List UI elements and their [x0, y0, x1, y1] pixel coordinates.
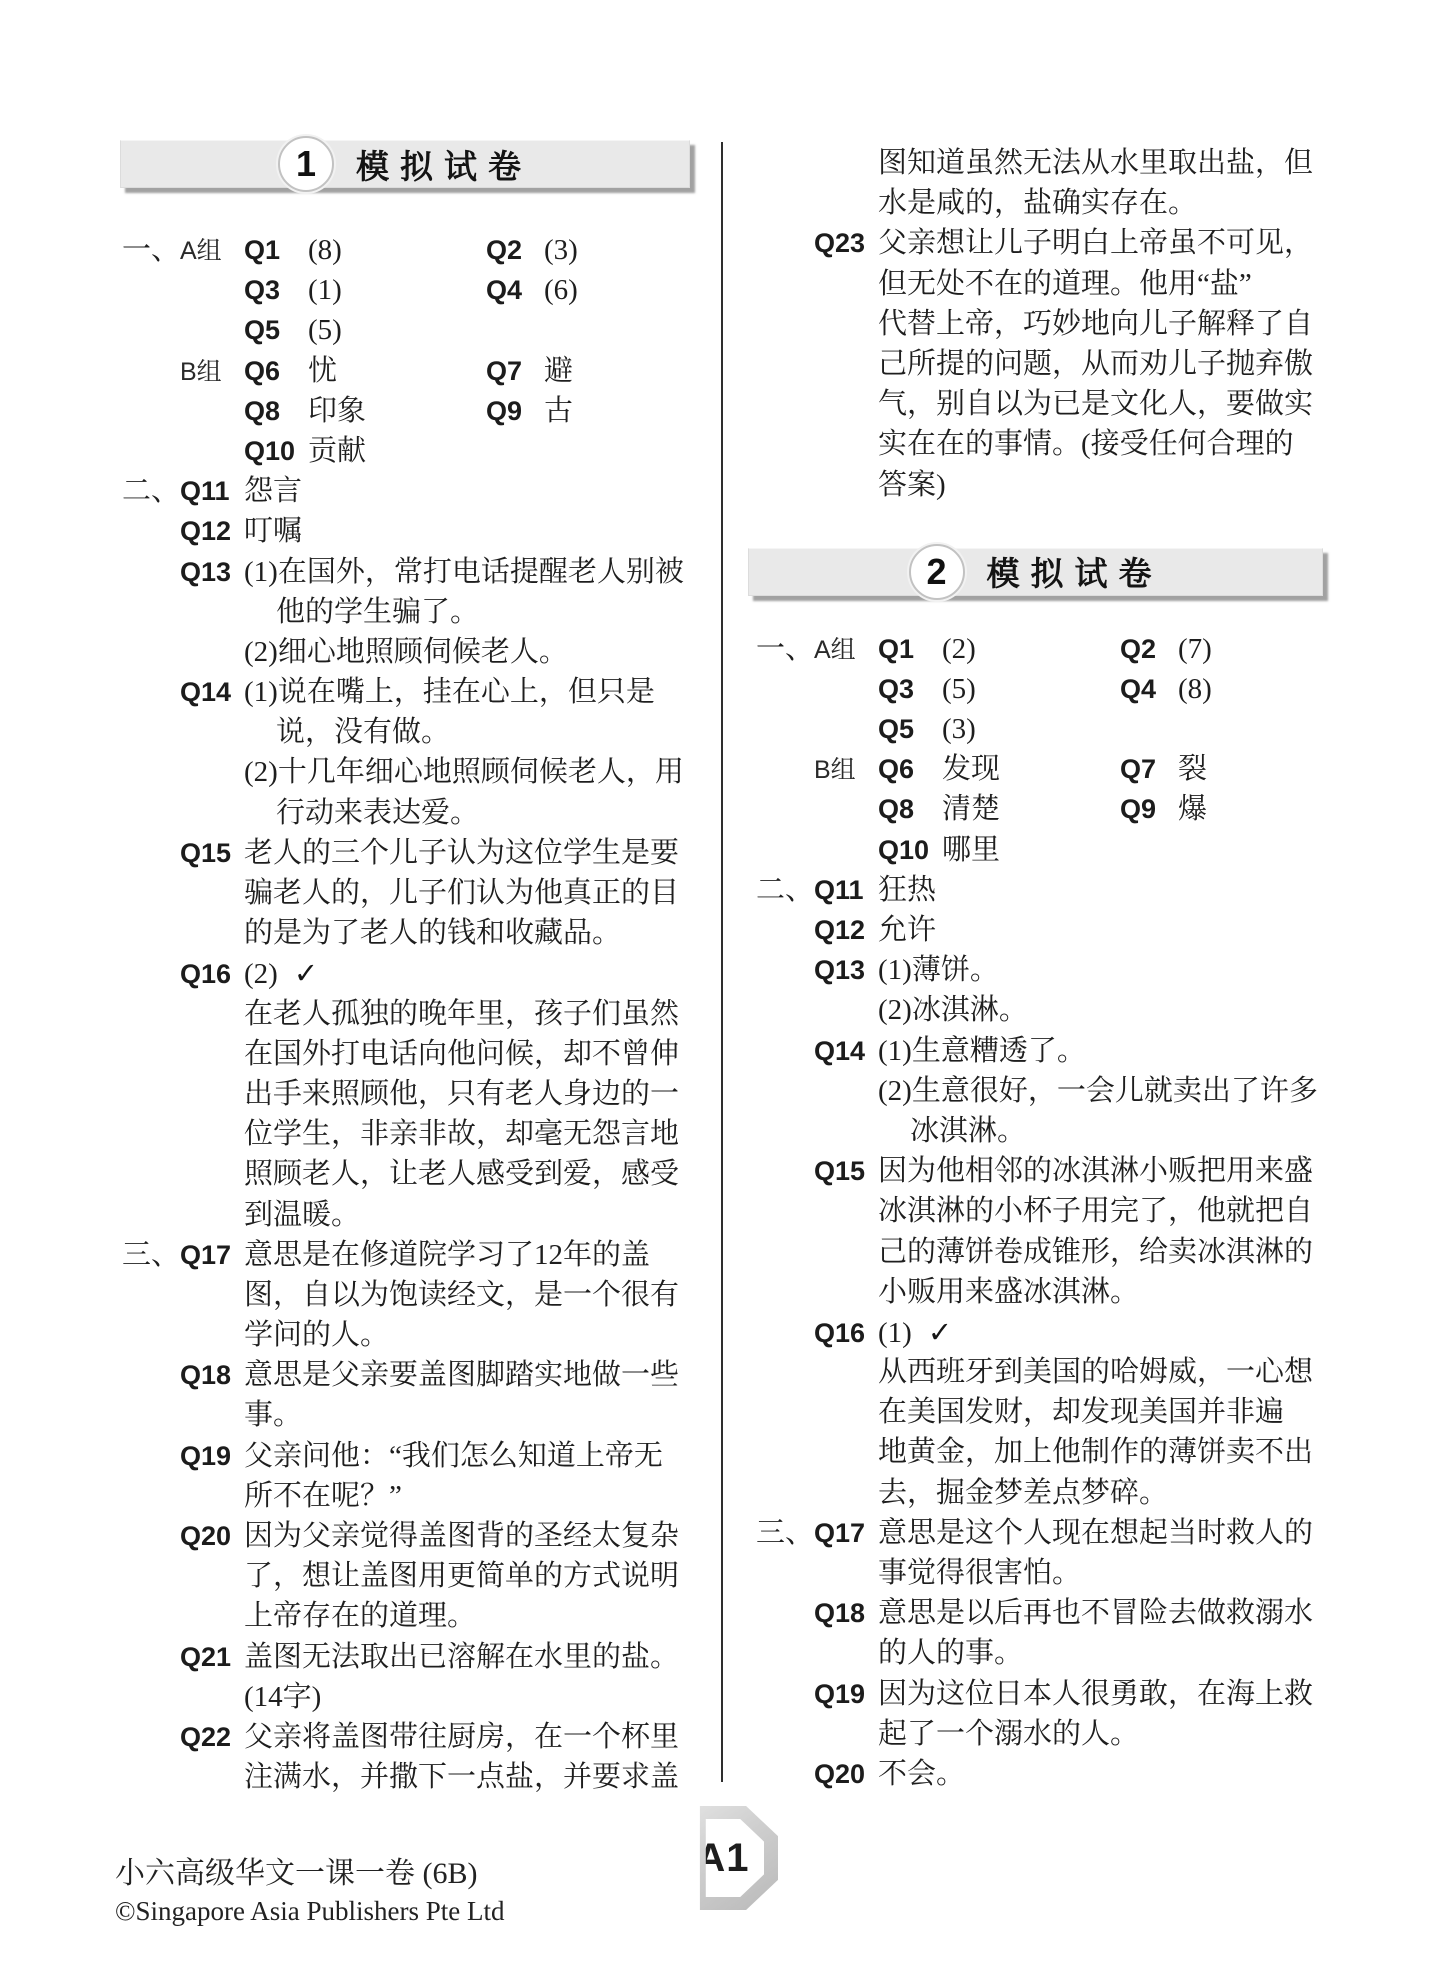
answer-text: 因为他相邻的冰淇淋小贩把用来盛 — [878, 1151, 1313, 1191]
question-number: Q7 — [486, 351, 544, 391]
answer-text: (2)✓ — [244, 953, 318, 994]
question-number: Q10 — [878, 830, 942, 870]
question-number: Q16 — [180, 954, 244, 994]
question-number: Q15 — [180, 833, 244, 873]
answer-text: 盖图无法取出已溶解在水里的盐。 — [244, 1637, 679, 1677]
section-marker: 三、 — [756, 1513, 814, 1553]
answer-text: 己的薄饼卷成锥形，给卖冰淇淋的 — [878, 1232, 1313, 1272]
answer-line: Q13(1)薄饼。 — [756, 950, 1324, 990]
answer-line: 二、Q11狂热 — [756, 870, 1324, 910]
answer-text: 小贩用来盛冰淇淋。 — [878, 1272, 1139, 1312]
answer-text: (5) — [942, 669, 1120, 709]
section-marker: 一、 — [756, 629, 814, 669]
answer-text: 父亲想让儿子明白上帝虽不可见， — [878, 223, 1313, 263]
answer-text: 因为父亲觉得盖图背的圣经太复杂 — [244, 1516, 679, 1556]
answer-line: 位学生，非亲非故，却毫无怨言地 — [122, 1114, 690, 1154]
answer-text: 行动来表达爱。 — [276, 793, 479, 833]
question-number: Q21 — [180, 1637, 244, 1677]
answer-text: (1)在国外，常打电话提醒老人别被 — [244, 552, 684, 592]
booklet-title: 小六高级华文一课一卷 (6B) — [115, 1848, 505, 1892]
answer-line: Q20不会。 — [756, 1754, 1324, 1794]
answer-line: 所不在呢？” — [122, 1476, 690, 1516]
question-number: Q11 — [180, 471, 244, 511]
answer-line: 学问的人。 — [122, 1315, 690, 1355]
answer-line: (2)十几年细心地照顾伺候老人，用 — [122, 752, 690, 792]
question-number: Q19 — [180, 1436, 244, 1476]
answer-text: (2)十几年细心地照顾伺候老人，用 — [244, 752, 684, 792]
answer-text: 说，没有做。 — [276, 712, 450, 752]
answer-text: 从西班牙到美国的哈姆威，一心想 — [878, 1352, 1313, 1392]
answer-text: (3) — [942, 709, 976, 749]
answer-line: Q5(5) — [122, 310, 690, 350]
answer-line: 说，没有做。 — [122, 712, 690, 752]
answer-text: (2)冰淇淋。 — [878, 990, 1028, 1030]
answer-text: 意思是这个人现在想起当时救人的 — [878, 1513, 1313, 1553]
question-number: Q8 — [878, 789, 942, 829]
answer-text: 骗老人的，儿子们认为他真正的目 — [244, 873, 679, 913]
answer-text: 清楚 — [942, 789, 1120, 829]
question-number: Q17 — [814, 1513, 878, 1553]
section-number-badge: 2 — [909, 544, 965, 600]
question-number: Q4 — [486, 270, 544, 310]
section-marker: 二、 — [756, 870, 814, 910]
question-number: Q1 — [244, 230, 308, 270]
question-number: Q14 — [814, 1031, 878, 1071]
answer-line: 三、Q17意思是这个人现在想起当时救人的 — [756, 1513, 1324, 1553]
answer-line: Q20因为父亲觉得盖图背的圣经太复杂 — [122, 1516, 690, 1556]
answer-line: 图知道虽然无法从水里取出盐，但 — [756, 143, 1324, 183]
section-marker: 二、 — [122, 471, 180, 511]
answer-text: 己所提的问题，从而劝儿子抛弃傲 — [878, 344, 1313, 384]
answer-line: Q10哪里 — [756, 830, 1324, 870]
answer-line: Q15因为他相邻的冰淇淋小贩把用来盛 — [756, 1151, 1324, 1191]
answer-line: 冰淇淋的小杯子用完了，他就把自 — [756, 1191, 1324, 1231]
answer-text: 起了一个溺水的人。 — [878, 1714, 1139, 1754]
question-number: Q15 — [814, 1151, 878, 1191]
answer-line: 答案) — [756, 465, 1324, 505]
question-number: Q12 — [180, 511, 244, 551]
answer-line: 冰淇淋。 — [756, 1111, 1324, 1151]
group-label: A组 — [180, 231, 244, 271]
answer-text: (8) — [1178, 669, 1212, 709]
answer-text: 意思是在修道院学习了12年的盖 — [244, 1235, 650, 1275]
answer-text: 的人的事。 — [878, 1633, 1023, 1673]
answer-text: (1)薄饼。 — [878, 950, 999, 990]
answer-text: 冰淇淋的小杯子用完了，他就把自 — [878, 1191, 1313, 1231]
answer-text: 图知道虽然无法从水里取出盐，但 — [878, 143, 1313, 183]
question-number: Q20 — [180, 1516, 244, 1556]
answer-text: 在美国发财，却发现美国并非遍 — [878, 1392, 1284, 1432]
answer-text: 意思是父亲要盖图脚踏实地做一些 — [244, 1355, 679, 1395]
question-number: Q12 — [814, 910, 878, 950]
answer-lines-test2: 一、A组Q1(2)Q2(7)Q3(5)Q4(8)Q5(3)B组Q6发现Q7裂Q8… — [756, 629, 1324, 1794]
answer-text: (1)✓ — [878, 1312, 952, 1353]
answer-text: (6) — [544, 270, 578, 310]
answer-line: 图，自以为饱读经文，是一个很有 — [122, 1275, 690, 1315]
answer-line: 去，掘金梦差点梦碎。 — [756, 1473, 1324, 1513]
answer-line: Q10贡献 — [122, 431, 690, 471]
answer-line: 骗老人的，儿子们认为他真正的目 — [122, 873, 690, 913]
answer-text: 狂热 — [878, 870, 936, 910]
answer-line: 己的薄饼卷成锥形，给卖冰淇淋的 — [756, 1232, 1324, 1272]
answer-line: (2)冰淇淋。 — [756, 990, 1324, 1030]
question-number: Q11 — [814, 870, 878, 910]
answer-line: 的人的事。 — [756, 1633, 1324, 1673]
page-number-octagon: A1 — [682, 1819, 764, 1897]
answer-lines-test1-continued: 图知道虽然无法从水里取出盐，但水是咸的，盐确实存在。Q23父亲想让儿子明白上帝虽… — [756, 143, 1324, 505]
answer-line: Q16(2)✓ — [122, 953, 690, 993]
answer-text: 不会。 — [878, 1754, 965, 1794]
answer-text: 因为这位日本人很勇敢，在海上救 — [878, 1674, 1313, 1714]
question-number: Q4 — [1120, 669, 1178, 709]
answer-text: 出手来照顾他，只有老人身边的一 — [244, 1074, 679, 1114]
answer-line: B组Q6忧Q7避 — [122, 351, 690, 391]
section-number-badge: 1 — [278, 136, 334, 192]
answer-line: (2)细心地照顾伺候老人。 — [122, 632, 690, 672]
answer-text: 实在在的事情。(接受任何合理的 — [878, 424, 1294, 464]
question-number: Q8 — [244, 391, 308, 431]
question-number: Q9 — [486, 391, 544, 431]
answer-line: (14字) — [122, 1677, 690, 1717]
section-number: 2 — [926, 551, 946, 593]
question-number: Q13 — [180, 552, 244, 592]
answer-text: (8) — [308, 230, 486, 270]
answer-text: 忧 — [308, 351, 486, 391]
answer-text: 印象 — [308, 391, 486, 431]
answer-text: 哪里 — [942, 830, 1000, 870]
check-icon: ✓ — [928, 1312, 952, 1352]
answer-text: (7) — [1178, 629, 1212, 669]
answer-line: 的是为了老人的钱和收藏品。 — [122, 913, 690, 953]
answer-text: 照顾老人，让老人感受到爱，感受 — [244, 1154, 679, 1194]
answer-text: 在老人孤独的晚年里，孩子们虽然 — [244, 994, 679, 1034]
section-title: 模拟试卷 — [356, 141, 532, 188]
answer-line: 他的学生骗了。 — [122, 592, 690, 632]
answer-text: 位学生，非亲非故，却毫无怨言地 — [244, 1114, 679, 1154]
answer-line: Q12叮嘱 — [122, 511, 690, 551]
answer-text: 图，自以为饱读经文，是一个很有 — [244, 1275, 679, 1315]
answer-line: 在国外打电话向他问候，却不曾伸 — [122, 1034, 690, 1074]
question-number: Q3 — [878, 669, 942, 709]
answer-text: 古 — [544, 391, 573, 431]
page-number: A1 — [696, 1836, 749, 1881]
question-number: Q16 — [814, 1313, 878, 1353]
answer-text: 地黄金，加上他制作的薄饼卖不出 — [878, 1432, 1313, 1472]
answer-text: 事。 — [244, 1395, 302, 1435]
answer-line: Q8清楚Q9爆 — [756, 789, 1324, 829]
answer-text: 注满水，并撒下一点盐，并要求盖 — [244, 1757, 679, 1797]
group-label: B组 — [814, 750, 878, 790]
answer-text: (1)生意糟透了。 — [878, 1031, 1086, 1071]
section-2-header: 2 模拟试卷 — [748, 548, 1323, 596]
answer-line: Q22父亲将盖图带往厨房，在一个杯里 — [122, 1717, 690, 1757]
answer-text: 避 — [544, 351, 573, 391]
answer-text: 去，掘金梦差点梦碎。 — [878, 1473, 1168, 1513]
section-1-header: 1 模拟试卷 — [120, 140, 690, 188]
answer-text: 叮嘱 — [244, 511, 302, 551]
answer-text: (1)说在嘴上，挂在心上，但只是 — [244, 672, 655, 712]
answer-line: 行动来表达爱。 — [122, 793, 690, 833]
answer-line: 一、A组Q1(2)Q2(7) — [756, 629, 1324, 669]
answer-text: (2)细心地照顾伺候老人。 — [244, 632, 568, 672]
page-number-badge: A1 — [668, 1806, 778, 1910]
answer-line: 气，别自以为已是文化人，要做实 — [756, 384, 1324, 424]
answer-text: 答案) — [878, 465, 946, 505]
section-marker: 一、 — [122, 230, 180, 270]
answer-line: 己所提的问题，从而劝儿子抛弃傲 — [756, 344, 1324, 384]
answer-line: 上帝存在的道理。 — [122, 1596, 690, 1636]
answer-key-page: 1 模拟试卷 一、A组Q1(8)Q2(3)Q3(1)Q4(6)Q5(5)B组Q6… — [0, 0, 1445, 1975]
answer-text: (1) — [308, 270, 486, 310]
question-number: Q6 — [244, 351, 308, 391]
answer-line: Q12允许 — [756, 910, 1324, 950]
question-number: Q6 — [878, 749, 942, 789]
answer-line: Q19父亲问他：“我们怎么知道上帝无 — [122, 1436, 690, 1476]
answer-line: Q15老人的三个儿子认为这位学生是要 — [122, 833, 690, 873]
answer-text: (14字) — [244, 1677, 321, 1717]
question-number: Q5 — [244, 310, 308, 350]
answer-line: B组Q6发现Q7裂 — [756, 749, 1324, 789]
question-number: Q18 — [180, 1355, 244, 1395]
answer-line: Q14(1)说在嘴上，挂在心上，但只是 — [122, 672, 690, 712]
answer-line: 在老人孤独的晚年里，孩子们虽然 — [122, 994, 690, 1034]
answer-line: 照顾老人，让老人感受到爱，感受 — [122, 1154, 690, 1194]
answer-line: Q13(1)在国外，常打电话提醒老人别被 — [122, 552, 690, 592]
answer-line: 但无处不在的道理。他用“盐” — [756, 264, 1324, 304]
answer-text: 但无处不在的道理。他用“盐” — [878, 264, 1252, 304]
answer-text: 冰淇淋。 — [910, 1111, 1026, 1151]
question-number: Q9 — [1120, 789, 1178, 829]
answer-line: 到温暖。 — [122, 1195, 690, 1235]
answer-text: (2)生意很好，一会儿就卖出了许多 — [878, 1071, 1318, 1111]
answer-line: Q18意思是以后再也不冒险去做救溺水 — [756, 1593, 1324, 1633]
answer-text: 气，别自以为已是文化人，要做实 — [878, 384, 1313, 424]
answer-text: 父亲将盖图带往厨房，在一个杯里 — [244, 1717, 679, 1757]
answer-line: Q8印象Q9古 — [122, 391, 690, 431]
answer-line: 事。 — [122, 1395, 690, 1435]
section-number: 1 — [296, 143, 316, 185]
answer-line: 三、Q17意思是在修道院学习了12年的盖 — [122, 1235, 690, 1275]
answer-text: 贡献 — [308, 431, 366, 471]
page-footer: 小六高级华文一课一卷 (6B) ©Singapore Asia Publishe… — [115, 1848, 505, 1927]
answer-line: 实在在的事情。(接受任何合理的 — [756, 424, 1324, 464]
answer-text: 老人的三个儿子认为这位学生是要 — [244, 833, 679, 873]
group-label: A组 — [814, 630, 878, 670]
answer-line: Q23父亲想让儿子明白上帝虽不可见， — [756, 223, 1324, 263]
answer-text: (2) — [942, 629, 1120, 669]
question-number: Q14 — [180, 672, 244, 712]
question-number: Q2 — [486, 230, 544, 270]
answer-text: 允许 — [878, 910, 936, 950]
left-column: 1 模拟试卷 一、A组Q1(8)Q2(3)Q3(1)Q4(6)Q5(5)B组Q6… — [120, 140, 690, 1797]
answer-text: 事觉得很害怕。 — [878, 1553, 1081, 1593]
answer-line: 代替上帝，巧妙地向儿子解释了自 — [756, 304, 1324, 344]
answer-line: Q18意思是父亲要盖图脚踏实地做一些 — [122, 1355, 690, 1395]
answer-line: 出手来照顾他，只有老人身边的一 — [122, 1074, 690, 1114]
answer-text: (3) — [544, 230, 578, 270]
question-number: Q5 — [878, 709, 942, 749]
answer-text: 裂 — [1178, 749, 1207, 789]
right-column: 图知道虽然无法从水里取出盐，但水是咸的，盐确实存在。Q23父亲想让儿子明白上帝虽… — [748, 143, 1324, 1794]
answer-line: Q3(1)Q4(6) — [122, 270, 690, 310]
answer-text: 他的学生骗了。 — [276, 592, 479, 632]
question-number: Q3 — [244, 270, 308, 310]
question-number: Q13 — [814, 950, 878, 990]
answer-text: (5) — [308, 310, 342, 350]
answer-text: 上帝存在的道理。 — [244, 1596, 476, 1636]
answer-text: 意思是以后再也不冒险去做救溺水 — [878, 1593, 1313, 1633]
answer-text: 发现 — [942, 749, 1120, 789]
answer-lines-test1: 一、A组Q1(8)Q2(3)Q3(1)Q4(6)Q5(5)B组Q6忧Q7避Q8印… — [122, 230, 690, 1797]
answer-text: 的是为了老人的钱和收藏品。 — [244, 913, 621, 953]
answer-text: 水是咸的，盐确实存在。 — [878, 183, 1197, 223]
answer-line: Q3(5)Q4(8) — [756, 669, 1324, 709]
answer-text: 所不在呢？” — [244, 1476, 402, 1516]
question-number: Q23 — [814, 223, 878, 263]
copyright-line: ©Singapore Asia Publishers Pte Ltd — [115, 1896, 505, 1927]
question-number: Q22 — [180, 1717, 244, 1757]
answer-text: 怨言 — [244, 471, 302, 511]
answer-line: 地黄金，加上他制作的薄饼卖不出 — [756, 1432, 1324, 1472]
answer-text: 学问的人。 — [244, 1315, 389, 1355]
answer-line: Q16(1)✓ — [756, 1312, 1324, 1352]
answer-line: Q21盖图无法取出已溶解在水里的盐。 — [122, 1637, 690, 1677]
answer-line: 小贩用来盛冰淇淋。 — [756, 1272, 1324, 1312]
answer-text: 在国外打电话向他问候，却不曾伸 — [244, 1034, 679, 1074]
check-icon: ✓ — [294, 953, 318, 993]
answer-text: 代替上帝，巧妙地向儿子解释了自 — [878, 304, 1313, 344]
group-label: B组 — [180, 352, 244, 392]
question-number: Q18 — [814, 1593, 878, 1633]
question-number: Q20 — [814, 1754, 878, 1794]
question-number: Q19 — [814, 1674, 878, 1714]
question-number: Q1 — [878, 629, 942, 669]
answer-line: 了，想让盖图用更简单的方式说明 — [122, 1556, 690, 1596]
question-number: Q2 — [1120, 629, 1178, 669]
answer-line: 二、Q11怨言 — [122, 471, 690, 511]
answer-text: 爆 — [1178, 789, 1207, 829]
answer-line: 事觉得很害怕。 — [756, 1553, 1324, 1593]
answer-line: 水是咸的，盐确实存在。 — [756, 183, 1324, 223]
question-number: Q17 — [180, 1235, 244, 1275]
answer-text: 父亲问他：“我们怎么知道上帝无 — [244, 1436, 663, 1476]
answer-line: 一、A组Q1(8)Q2(3) — [122, 230, 690, 270]
answer-line: Q5(3) — [756, 709, 1324, 749]
answer-line: Q19因为这位日本人很勇敢，在海上救 — [756, 1674, 1324, 1714]
answer-line: 注满水，并撒下一点盐，并要求盖 — [122, 1757, 690, 1797]
column-divider — [721, 142, 723, 1782]
section-title: 模拟试卷 — [987, 548, 1163, 595]
section-marker: 三、 — [122, 1235, 180, 1275]
answer-line: Q14(1)生意糟透了。 — [756, 1031, 1324, 1071]
answer-line: 在美国发财，却发现美国并非遍 — [756, 1392, 1324, 1432]
answer-line: 从西班牙到美国的哈姆威，一心想 — [756, 1352, 1324, 1392]
question-number: Q10 — [244, 431, 308, 471]
answer-line: (2)生意很好，一会儿就卖出了许多 — [756, 1071, 1324, 1111]
answer-line: 起了一个溺水的人。 — [756, 1714, 1324, 1754]
question-number: Q7 — [1120, 749, 1178, 789]
answer-text: 到温暖。 — [244, 1195, 360, 1235]
answer-text: 了，想让盖图用更简单的方式说明 — [244, 1556, 679, 1596]
